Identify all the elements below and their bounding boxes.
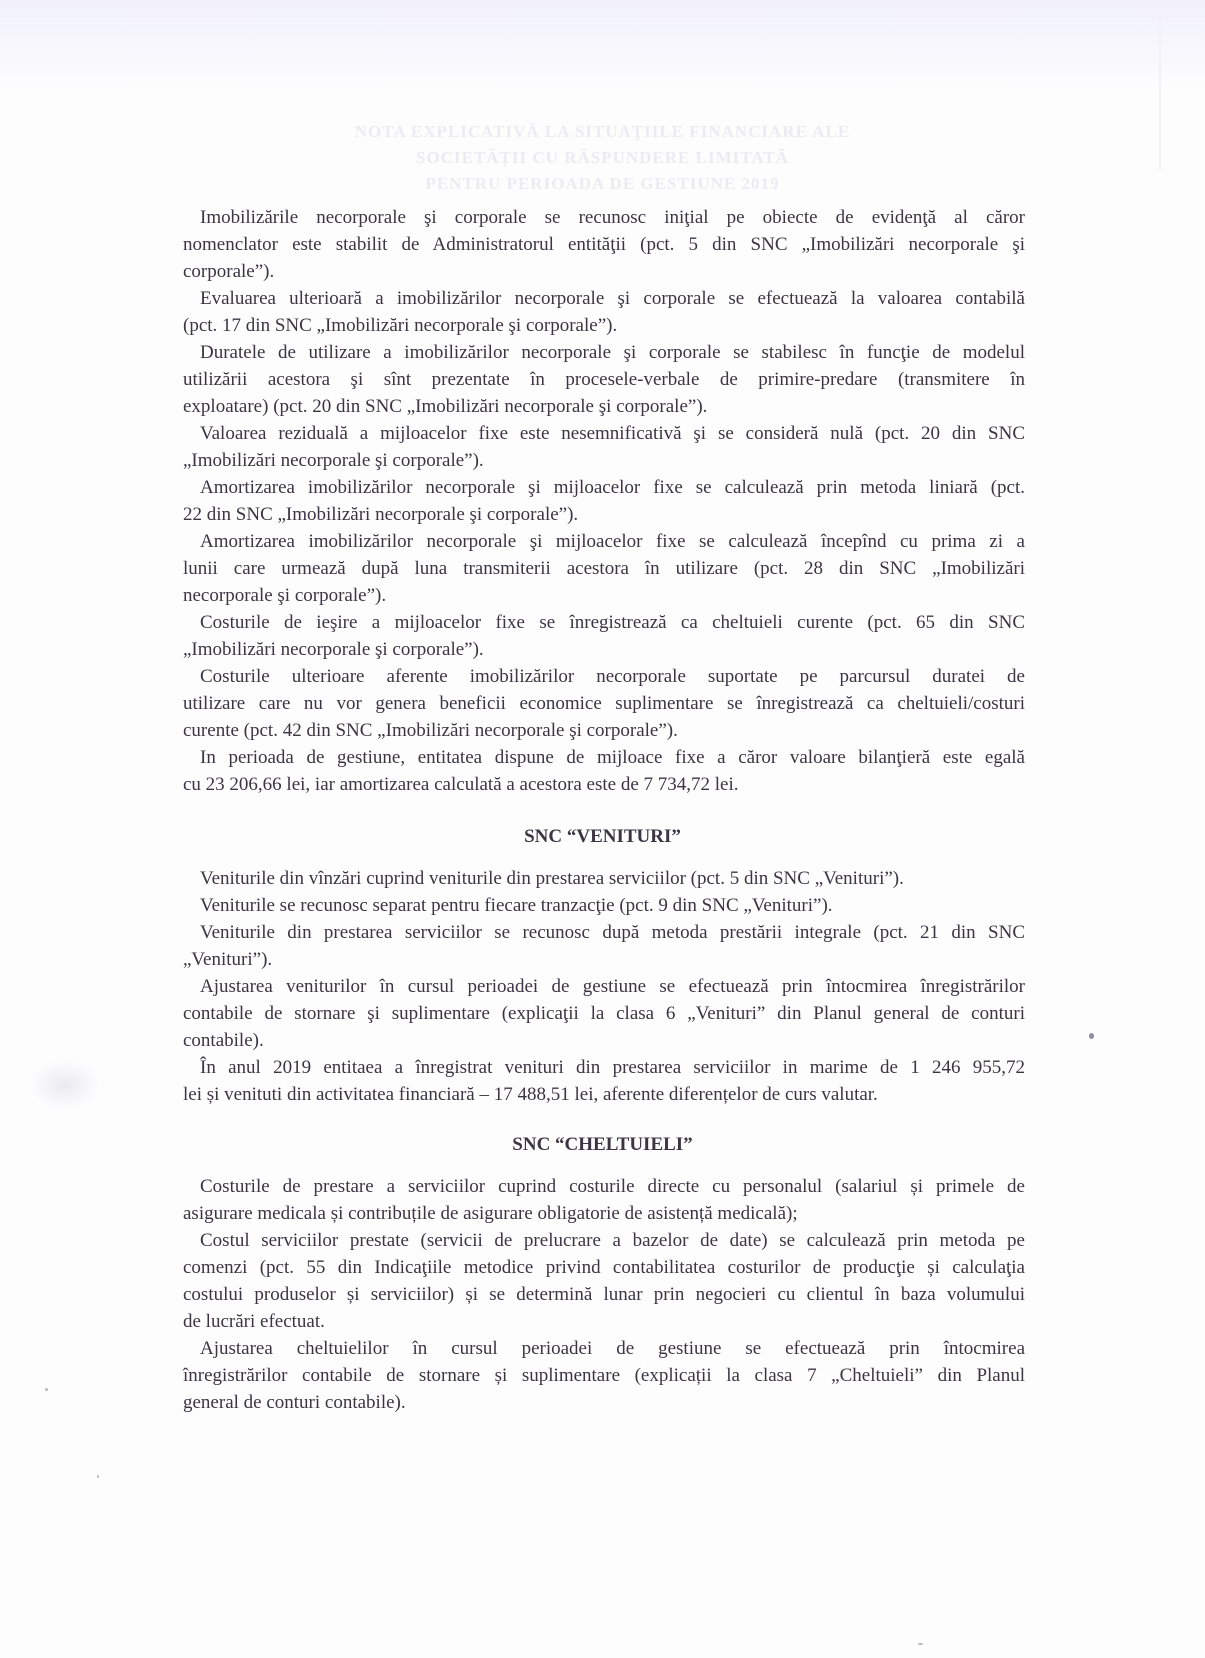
scan-smudge bbox=[30, 1060, 100, 1110]
paragraph-line: contabile). bbox=[183, 1030, 264, 1052]
paragraph-line: costului produselor și serviciilor) și s… bbox=[183, 1284, 1025, 1306]
bleedthrough-title-line-2: SOCIETĂȚII CU RĂSPUNDERE LIMITATĂ bbox=[0, 148, 1205, 168]
paragraph-line: Amortizarea imobilizărilor necorporale ş… bbox=[200, 531, 1025, 553]
paragraph-line: Costurile de ieşire a mijloacelor fixe s… bbox=[200, 612, 1025, 634]
section-heading-cheltuieli: SNC “CHELTUIELI” bbox=[0, 1134, 1205, 1156]
scan-speck bbox=[1089, 1033, 1094, 1039]
paragraph-line: general de conturi contabile). bbox=[183, 1392, 406, 1414]
paragraph-line: Duratele de utilizare a imobilizărilor n… bbox=[200, 342, 1025, 364]
paragraph-line: Veniturile din vînzări cuprind venituril… bbox=[200, 868, 904, 890]
paragraph-line: „Venituri”). bbox=[183, 949, 272, 971]
paragraph-line: asigurare medicala și contribuțile de as… bbox=[183, 1203, 798, 1225]
bleedthrough-title-line-1: NOTA EXPLICATIVĂ LA SITUAȚIILE FINANCIAR… bbox=[0, 122, 1205, 142]
paragraph-line: Costurile de prestare a serviciilor cupr… bbox=[200, 1176, 1025, 1198]
paragraph-line: exploatare) (pct. 20 din SNC „Imobilizăr… bbox=[183, 396, 707, 418]
paragraph-line: Veniturile din prestarea serviciilor se … bbox=[200, 922, 1025, 944]
paragraph-line: În anul 2019 entitaea a înregistrat veni… bbox=[200, 1057, 1025, 1079]
bleedthrough-title-line-3: PENTRU PERIOADA DE GESTIUNE 2019 bbox=[0, 174, 1205, 194]
paragraph-line: (pct. 17 din SNC „Imobilizări necorporal… bbox=[183, 315, 617, 337]
paragraph-line: corporale”). bbox=[183, 261, 274, 283]
paragraph-line: lunii care urmează după luna transmiteri… bbox=[183, 558, 1025, 580]
paragraph-line: 22 din SNC „Imobilizări necorporale şi c… bbox=[183, 504, 578, 526]
paragraph-line: comenzi (pct. 55 din Indicaţiile metodic… bbox=[183, 1257, 1025, 1279]
paragraph-line: Valoarea reziduală a mijloacelor fixe es… bbox=[200, 423, 1025, 445]
section-heading-venituri: SNC “VENITURI” bbox=[0, 826, 1205, 848]
paragraph-line: necorporale şi corporale”). bbox=[183, 585, 386, 607]
paragraph-line: „Imobilizări necorporale şi corporale”). bbox=[183, 450, 484, 472]
paragraph-line: utilizare care nu vor genera beneficii e… bbox=[183, 693, 1025, 715]
paragraph-line: Ajustarea cheltuielilor în cursul perioa… bbox=[200, 1338, 1025, 1360]
paragraph-line: „Imobilizări necorporale şi corporale”). bbox=[183, 639, 484, 661]
paragraph-line: Costurile ulterioare aferente imobilizăr… bbox=[200, 666, 1025, 688]
paragraph-line: In perioada de gestiune, entitatea dispu… bbox=[200, 747, 1025, 769]
paragraph-line: Imobilizările necorporale şi corporale s… bbox=[200, 207, 1025, 229]
paragraph-line: Amortizarea imobilizărilor necorporale ş… bbox=[200, 477, 1025, 499]
paragraph-line: curente (pct. 42 din SNC „Imobilizări ne… bbox=[183, 720, 678, 742]
paragraph-line: Veniturile se recunosc separat pentru fi… bbox=[200, 895, 833, 917]
paragraph-line: nomenclator este stabilit de Administrat… bbox=[183, 234, 1025, 256]
scan-edge-line bbox=[1159, 0, 1161, 170]
paragraph-line: contabile de stornare şi suplimentare (e… bbox=[183, 1003, 1025, 1025]
scan-speck bbox=[45, 1388, 48, 1391]
paragraph-line: Ajustarea veniturilor în cursul perioade… bbox=[200, 976, 1025, 998]
paragraph-line: înregistrărilor contabile de stornare și… bbox=[183, 1365, 1025, 1387]
paragraph-line: lei și venituti din activitatea financia… bbox=[183, 1084, 878, 1106]
paragraph-line: utilizării acestora şi sînt prezentate î… bbox=[183, 369, 1025, 391]
paragraph-line: cu 23 206,66 lei, iar amortizarea calcul… bbox=[183, 774, 739, 796]
scan-top-shadow bbox=[0, 0, 1205, 90]
scan-speck bbox=[918, 1643, 923, 1645]
scan-speck bbox=[97, 1475, 99, 1478]
paragraph-line: Costul serviciilor prestate (servicii de… bbox=[200, 1230, 1025, 1252]
paragraph-line: de lucrări efectuat. bbox=[183, 1311, 325, 1333]
paragraph-line: Evaluarea ulterioară a imobilizărilor ne… bbox=[200, 288, 1025, 310]
